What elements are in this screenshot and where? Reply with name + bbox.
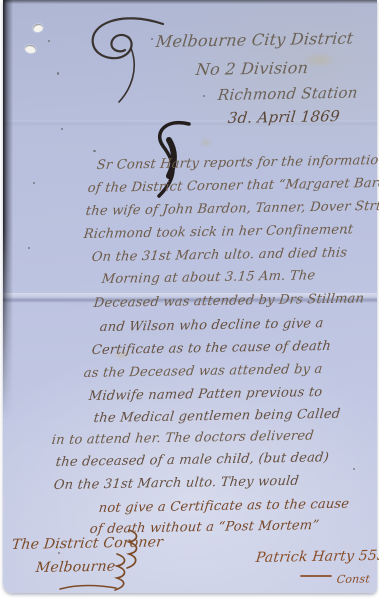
- header-line-station: Richmond Station: [217, 84, 359, 104]
- body-line: not give a Certificate as to the cause: [98, 497, 350, 516]
- body-line: On the 31st March ulto. and died this: [91, 246, 348, 265]
- punch-hole: [32, 23, 44, 33]
- body-line: Certificate as to the cause of death: [91, 339, 332, 358]
- paper-speck: [353, 468, 355, 470]
- paper-speck: [61, 128, 63, 130]
- body-line: Sr Const Harty reports for the informati…: [96, 153, 379, 173]
- body-line: as the Deceased was attended by a: [83, 362, 323, 381]
- scanned-letter-page: { "document": { "kind": "handwritten let…: [0, 0, 379, 600]
- paper-speck: [57, 72, 59, 75]
- scan-edge-shadow: [3, 0, 13, 420]
- signature-rank: Const: [336, 572, 371, 586]
- paper-speck: [203, 95, 205, 97]
- body-line: Morning at about 3.15 Am. The: [101, 268, 316, 287]
- signature-dash: [299, 573, 333, 579]
- paper-speck: [28, 247, 30, 249]
- body-line: of the District Coroner that “Margaret B…: [87, 175, 379, 196]
- body-line: On the 31st March ulto. They would: [53, 474, 300, 493]
- paper-speck: [48, 40, 50, 42]
- header-line-division: No 2 Division: [195, 58, 309, 79]
- letter-paper: Melbourne City District No 2 Division Ri…: [3, 0, 377, 593]
- body-line: the deceased of a male child, (but dead): [55, 450, 330, 470]
- underline-flourish: [58, 583, 118, 591]
- signature-name: Patrick Harty 553: [255, 548, 379, 566]
- paper-speck: [33, 182, 35, 184]
- header-line-district: Melbourne City District: [155, 29, 354, 51]
- paper-stain: [199, 138, 213, 147]
- addressee-line-melbourne: Melbourne: [35, 559, 116, 576]
- body-line: Midwife named Patten previous to: [88, 385, 323, 404]
- paper-speck: [93, 150, 96, 152]
- body-line: the wife of John Bardon, Tanner, Dover S…: [85, 199, 379, 219]
- body-line: and Wilson who decline to give a: [99, 316, 324, 335]
- body-line: Richmond took sick in her Confinement: [83, 222, 354, 242]
- body-line: the Medical gentlemen being Called: [93, 407, 341, 426]
- paper-speck: [58, 552, 60, 554]
- body-line: in to attend her. The doctors delivered: [51, 428, 315, 448]
- header-line-date: 3d. April 1869: [227, 107, 341, 127]
- header-pen-flourish: [81, 14, 171, 119]
- punch-hole: [24, 44, 36, 54]
- scan-edge-top-shadow: [3, 0, 377, 4]
